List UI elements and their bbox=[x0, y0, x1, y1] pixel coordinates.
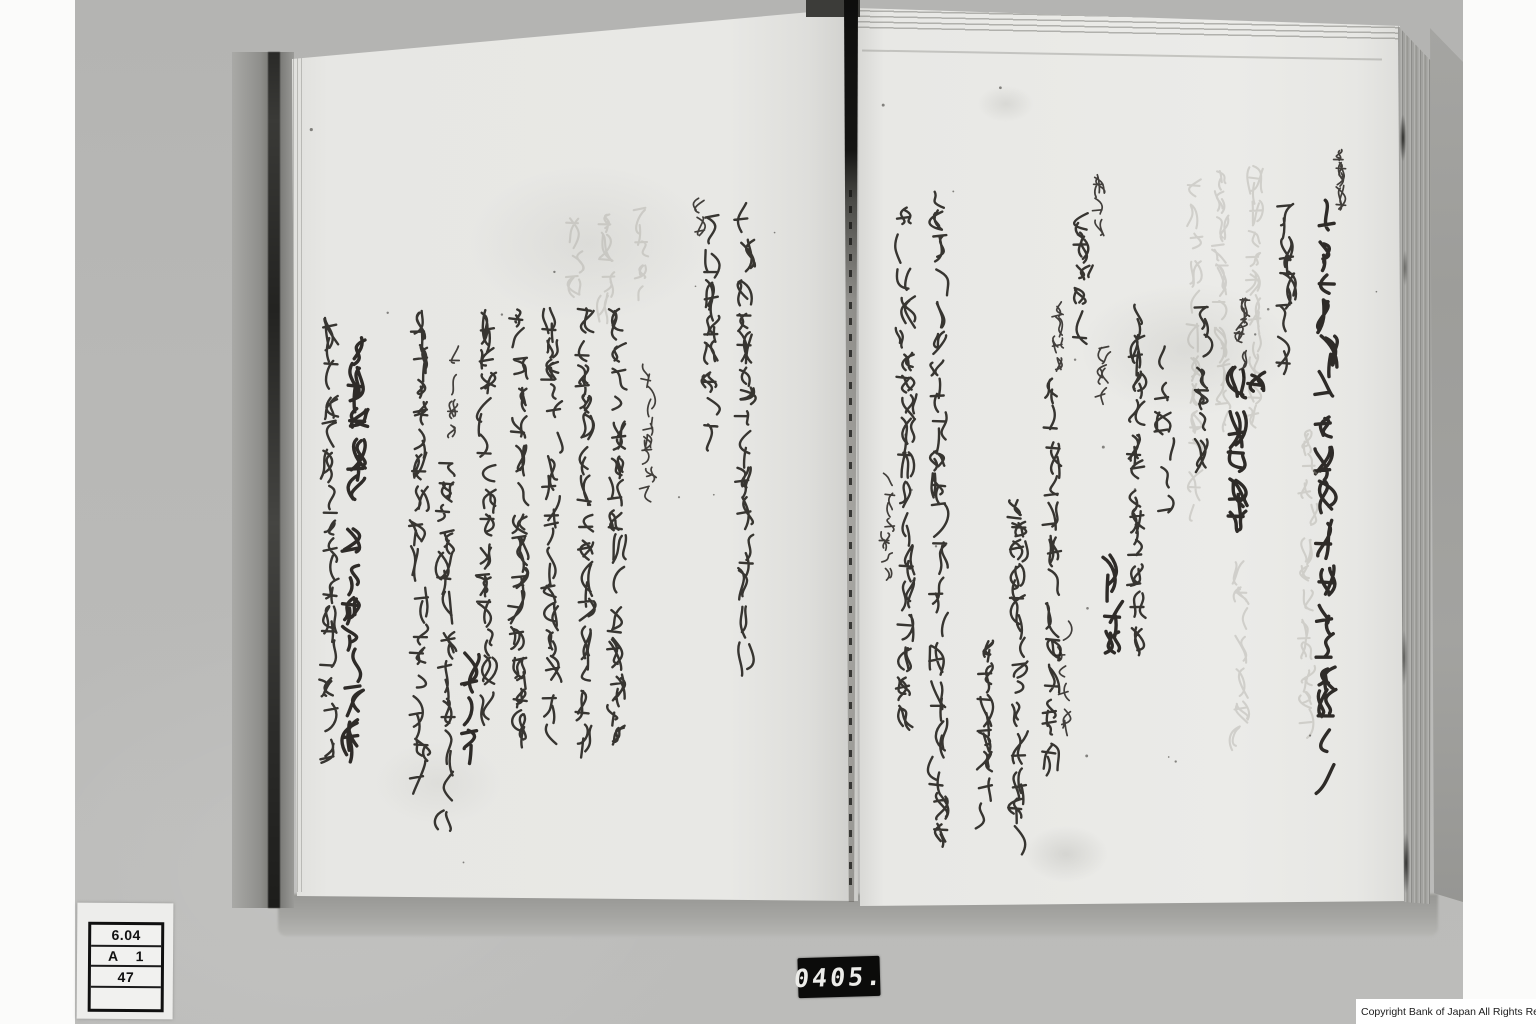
scanned-photo-stage: 6.04A147 0405. Copyright Bank of Japan A… bbox=[0, 0, 1536, 1024]
label-cell: 6.04 bbox=[112, 928, 141, 942]
frame-counter-display: 0405. bbox=[797, 956, 880, 998]
label-cell: 1 bbox=[136, 949, 144, 963]
label-cell: A bbox=[108, 949, 119, 963]
underlying-page-edge bbox=[862, 49, 1382, 60]
left-page bbox=[288, 3, 860, 905]
label-row bbox=[91, 988, 161, 1009]
label-cell: 47 bbox=[118, 969, 135, 983]
frame-counter-digits: 0405. bbox=[793, 961, 886, 993]
copyright-strip: Copyright Bank of Japan All Rights Reser… bbox=[1356, 999, 1536, 1024]
label-row: 6.04 bbox=[91, 925, 161, 947]
spine-stitching bbox=[849, 190, 852, 890]
book-left-cover-edge bbox=[232, 52, 294, 908]
book-right-cover-edge bbox=[1430, 28, 1463, 902]
copyright-text: Copyright Bank of Japan All Rights Reser… bbox=[1356, 1006, 1536, 1018]
label-row: A1 bbox=[91, 947, 161, 967]
archive-label-box: 6.04A147 bbox=[88, 922, 165, 1013]
cover-dark-streak bbox=[268, 52, 280, 908]
label-row: 47 bbox=[91, 967, 161, 988]
archive-label-sticker: 6.04A147 bbox=[77, 903, 174, 1020]
right-page bbox=[856, 4, 1414, 908]
